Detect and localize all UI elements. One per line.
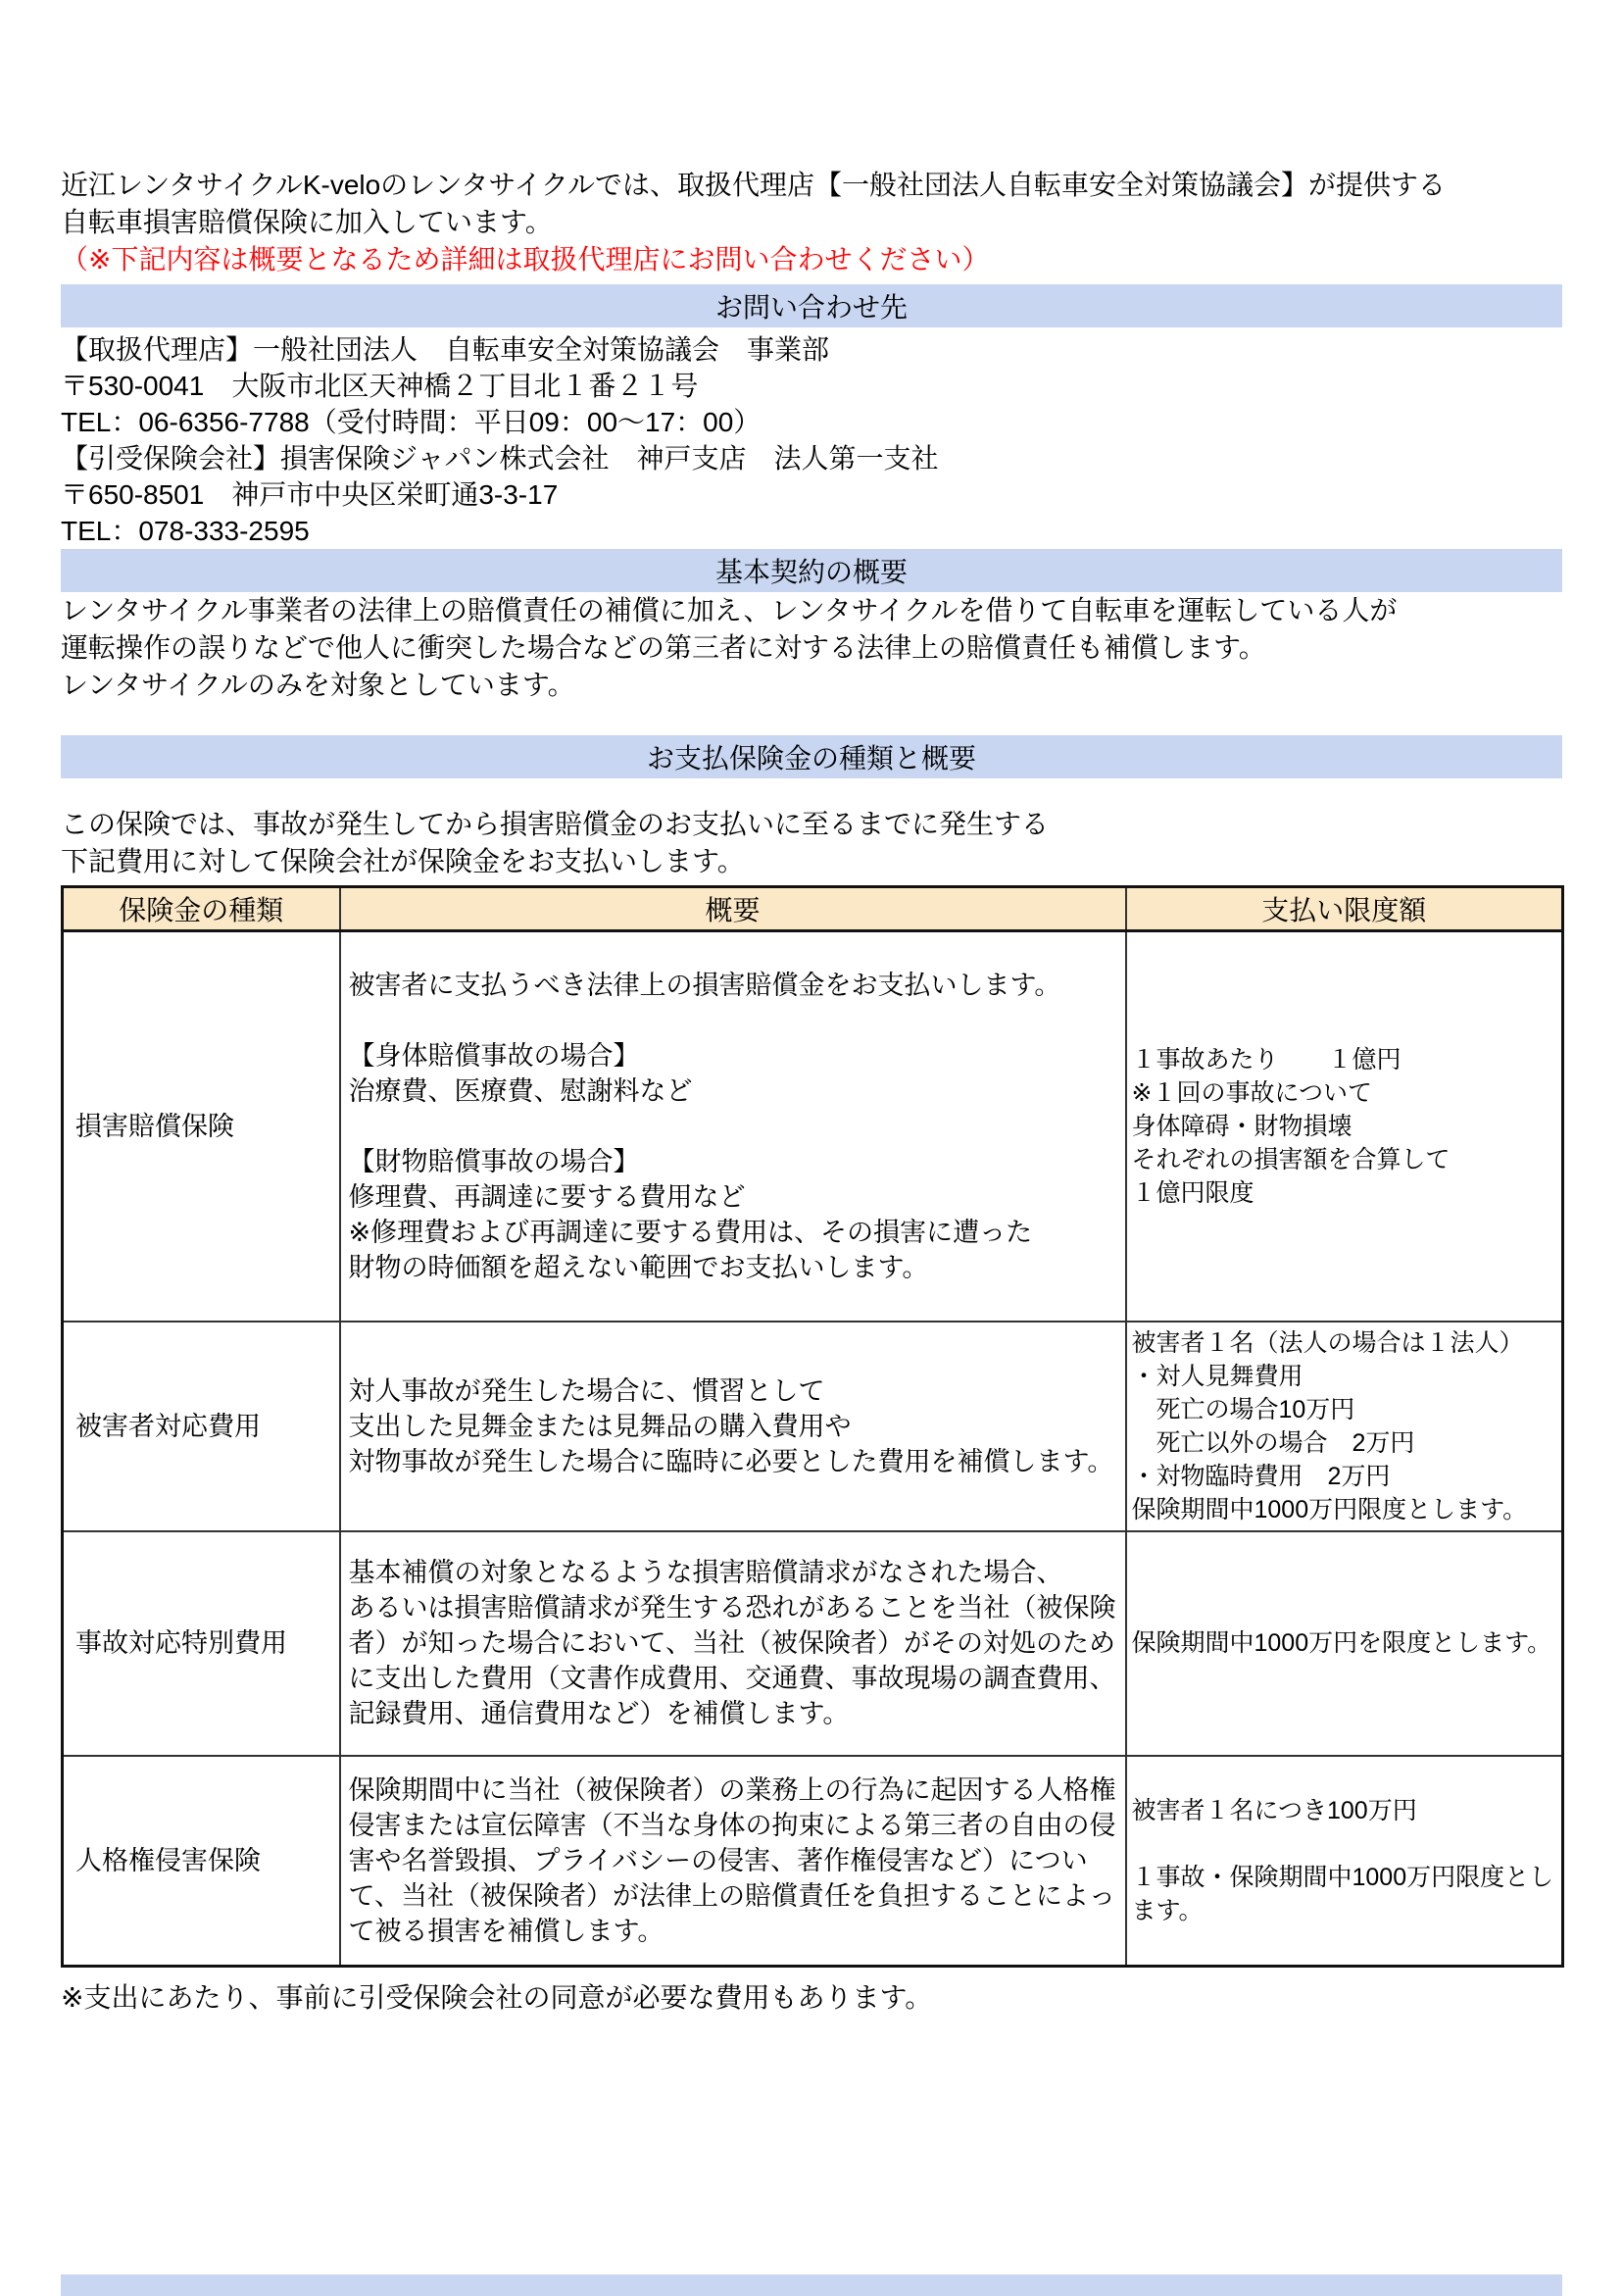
cell-limit: １事故あたり １億円 ※１回の事故について 身体障碍・財物損壊 それぞれの損害額… [1126, 931, 1563, 1322]
cell-summary: 被害者に支払うべき法律上の損害賠償金をお支払いします。 【身体賠償事故の場合】 … [340, 931, 1126, 1322]
table-row-personal-rights: 人格権侵害保険 保険期間中に当社（被保険者）の業務上の行為に起因する人格権 侵害… [63, 1756, 1563, 1967]
basic-contract-body: レンタサイクル事業者の法律上の賠償責任の補償に加え、レンタサイクルを借りて自転車… [61, 592, 1562, 704]
table-row-damage-liability: 損害賠償保険 被害者に支払うべき法律上の損害賠償金をお支払いします。 【身体賠償… [63, 931, 1563, 1322]
section-header-contact: お問い合わせ先 [61, 284, 1562, 327]
table-row-victim-response-cost: 被害者対応費用 対人事故が発生した場合に、慣習として 支出した見舞金または見舞品… [63, 1322, 1563, 1531]
intro-line-1: 近江レンタサイクルK-veloのレンタサイクルでは、取扱代理店【一般社団法人自転… [61, 167, 1562, 204]
insurance-overview-document: 近江レンタサイクルK-veloのレンタサイクルでは、取扱代理店【一般社団法人自転… [0, 0, 1623, 2296]
section-header-basic-contract-label: 基本契約の概要 [715, 551, 908, 590]
intro-red-note: （※下記内容は概要となるため詳細は取扱代理店にお問い合わせください） [61, 241, 1562, 278]
cell-type: 損害賠償保険 [63, 931, 340, 1322]
contact-insurer-line: 【引受保険会社】損害保険ジャパン株式会社 神戸支店 法人第一支社 [61, 440, 1562, 476]
cell-summary: 基本補償の対象となるような損害賠償請求がなされた場合、 あるいは損害賠償請求が発… [340, 1531, 1126, 1756]
section-header-payment: お支払保険金の種類と概要 [61, 735, 1562, 778]
table-header-row: 保険金の種類 概要 支払い限度額 [63, 887, 1563, 931]
section-header-basic-contract: 基本契約の概要 [61, 549, 1562, 592]
cell-limit: 保険期間中1000万円を限度とします。 [1126, 1531, 1563, 1756]
table-row-accident-special-cost: 事故対応特別費用 基本補償の対象となるような損害賠償請求がなされた場合、 あるい… [63, 1531, 1563, 1756]
footnote: ※支出にあたり、事前に引受保険会社の同意が必要な費用もあります。 [61, 1979, 1562, 2017]
cell-summary: 保険期間中に当社（被保険者）の業務上の行為に起因する人格権 侵害または宣伝障害（… [340, 1756, 1126, 1967]
contact-agency-tel: TEL：06-6356-7788（受付時間：平日09：00～17：00） [61, 404, 1562, 440]
contact-block: 【取扱代理店】一般社団法人 自転車安全対策協議会 事業部 〒530-0041 大… [61, 331, 1562, 549]
payment-intro-body: この保険では、事故が発生してから損害賠償金のお支払いに至るまでに発生する 下記費… [61, 806, 1562, 880]
cell-type: 事故対応特別費用 [63, 1531, 340, 1756]
bottom-section-bar [61, 2274, 1562, 2296]
section-header-contact-label: お問い合わせ先 [715, 286, 908, 325]
contact-insurer-address: 〒650-8501 神戸市中央区栄町通3-3-17 [61, 476, 1562, 513]
col-header-summary: 概要 [340, 887, 1126, 931]
cell-summary: 対人事故が発生した場合に、慣習として 支出した見舞金または見舞品の購入費用や 対… [340, 1322, 1126, 1531]
col-header-limit: 支払い限度額 [1126, 887, 1563, 931]
cell-type: 人格権侵害保険 [63, 1756, 340, 1967]
contact-insurer-tel: TEL：078-333-2595 [61, 513, 1562, 549]
section-header-payment-label: お支払保険金の種類と概要 [647, 737, 976, 776]
cell-limit: 被害者１名につき100万円 １事故・保険期間中1000万円限度とします。 [1126, 1756, 1563, 1967]
contact-agency-line: 【取扱代理店】一般社団法人 自転車安全対策協議会 事業部 [61, 331, 1562, 368]
cell-limit: 被害者１名（法人の場合は１法人） ・対人見舞費用 死亡の場合10万円 死亡以外の… [1126, 1322, 1563, 1531]
contact-agency-address: 〒530-0041 大阪市北区天神橋２丁目北１番２１号 [61, 368, 1562, 404]
cell-type: 被害者対応費用 [63, 1322, 340, 1531]
col-header-type: 保険金の種類 [63, 887, 340, 931]
payment-types-table: 保険金の種類 概要 支払い限度額 損害賠償保険 被害者に支払うべき法律上の損害賠… [61, 885, 1564, 1968]
intro-line-2: 自転車損害賠償保険に加入しています。 [61, 204, 1562, 241]
